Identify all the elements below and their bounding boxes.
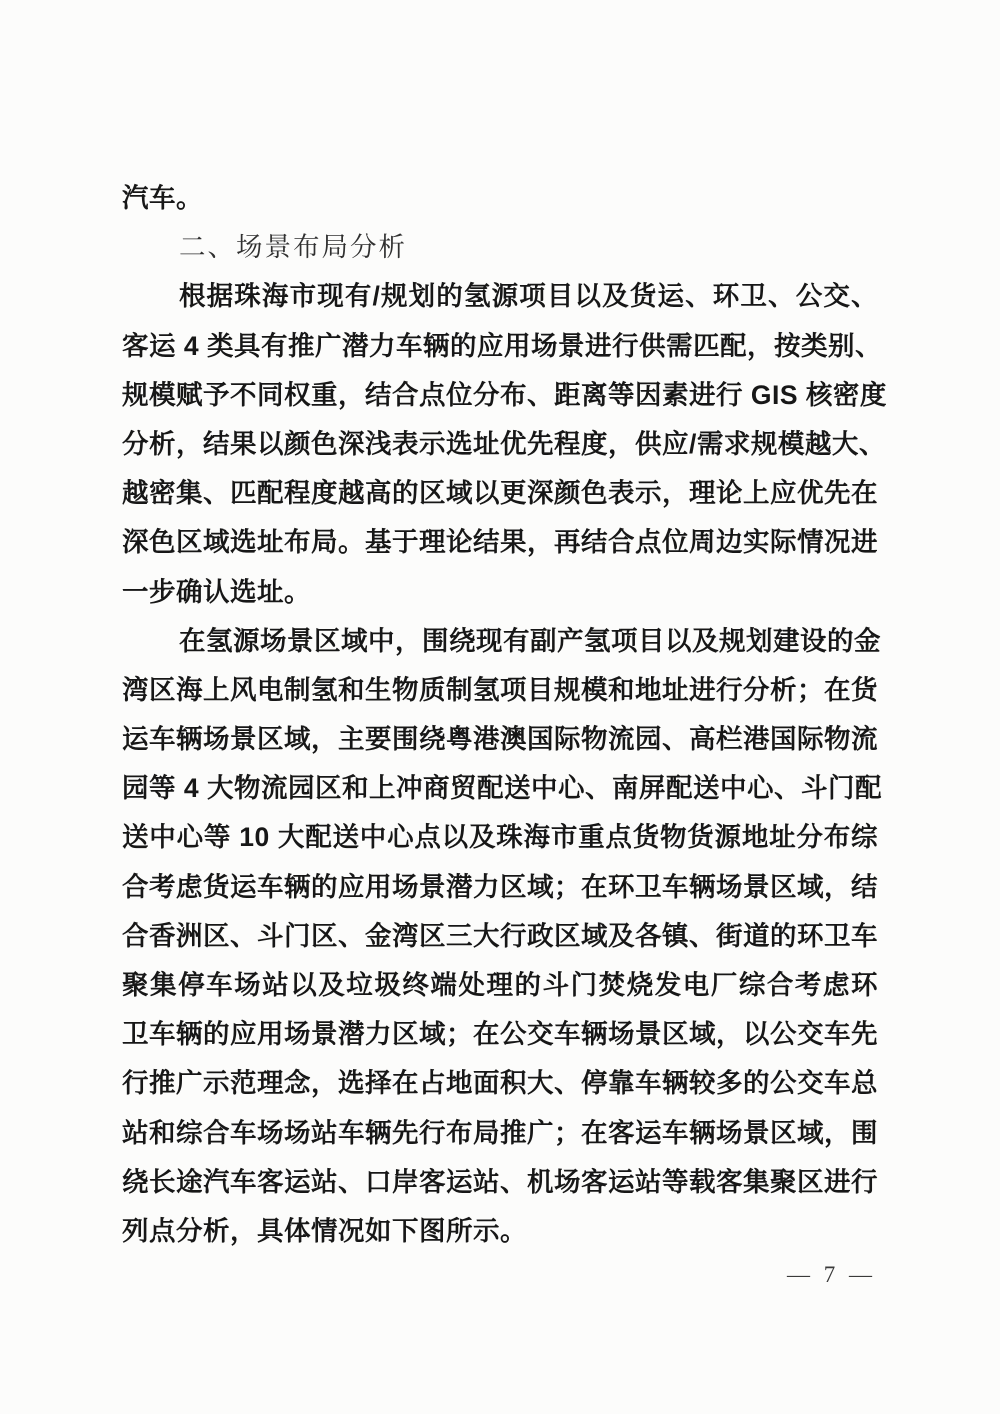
text-line: 深色区域选址布局。基于理论结果，再结合点位周边实际情况进 — [122, 518, 878, 567]
text-line: 送中心等 10 大配送中心点以及珠海市重点货物货源地址分布综 — [122, 813, 878, 862]
text-line: 客运 4 类具有推广潜力车辆的应用场景进行供需匹配，按类别、 — [122, 322, 878, 371]
document-page: 汽车。二、场景布局分析根据珠海市现有/规划的氢源项目以及货运、环卫、公交、客运 … — [0, 0, 1000, 1414]
text-line: 根据珠海市现有/规划的氢源项目以及货运、环卫、公交、 — [122, 272, 878, 321]
text-line: 二、场景布局分析 — [122, 223, 878, 272]
text-line: 规模赋予不同权重，结合点位分布、距离等因素进行 GIS 核密度 — [122, 371, 878, 420]
document-body: 汽车。二、场景布局分析根据珠海市现有/规划的氢源项目以及货运、环卫、公交、客运 … — [122, 174, 878, 1256]
text-line: 一步确认选址。 — [122, 568, 878, 617]
continuation-paragraph: 汽车。 — [122, 174, 878, 223]
page-number: — 7 — — [787, 1262, 876, 1288]
text-line: 列点分析，具体情况如下图所示。 — [122, 1207, 878, 1256]
gis-analysis-paragraph: 根据珠海市现有/规划的氢源项目以及货运、环卫、公交、客运 4 类具有推广潜力车辆… — [122, 272, 878, 616]
text-line: 湾区海上风电制氢和生物质制氢项目规模和地址进行分析；在货 — [122, 666, 878, 715]
text-line: 汽车。 — [122, 174, 878, 223]
text-line: 合考虑货运车辆的应用场景潜力区域；在环卫车辆场景区域，结 — [122, 863, 878, 912]
text-line: 行推广示范理念，选择在占地面积大、停靠车辆较多的公交车总 — [122, 1059, 878, 1108]
text-line: 绕长途汽车客运站、口岸客运站、机场客运站等载客集聚区进行 — [122, 1158, 878, 1207]
text-line: 聚集停车场站以及垃圾终端处理的斗门焚烧发电厂综合考虑环 — [122, 961, 878, 1010]
scene-regions-paragraph: 在氢源场景区域中，围绕现有副产氢项目以及规划建设的金湾区海上风电制氢和生物质制氢… — [122, 617, 878, 1256]
text-line: 运车辆场景区域，主要围绕粤港澳国际物流园、高栏港国际物流 — [122, 715, 878, 764]
text-line: 合香洲区、斗门区、金湾区三大行政区域及各镇、街道的环卫车 — [122, 912, 878, 961]
text-line: 在氢源场景区域中，围绕现有副产氢项目以及规划建设的金 — [122, 617, 878, 666]
text-line: 站和综合车场场站车辆先行布局推广；在客运车辆场景区域，围 — [122, 1109, 878, 1158]
text-line: 越密集、匹配程度越高的区域以更深颜色表示，理论上应优先在 — [122, 469, 878, 518]
text-line: 园等 4 大物流园区和上冲商贸配送中心、南屏配送中心、斗门配 — [122, 764, 878, 813]
text-line: 分析，结果以颜色深浅表示选址优先程度，供应/需求规模越大、 — [122, 420, 878, 469]
text-line: 卫车辆的应用场景潜力区域；在公交车辆场景区域，以公交车先 — [122, 1010, 878, 1059]
section-heading: 二、场景布局分析 — [122, 223, 878, 272]
